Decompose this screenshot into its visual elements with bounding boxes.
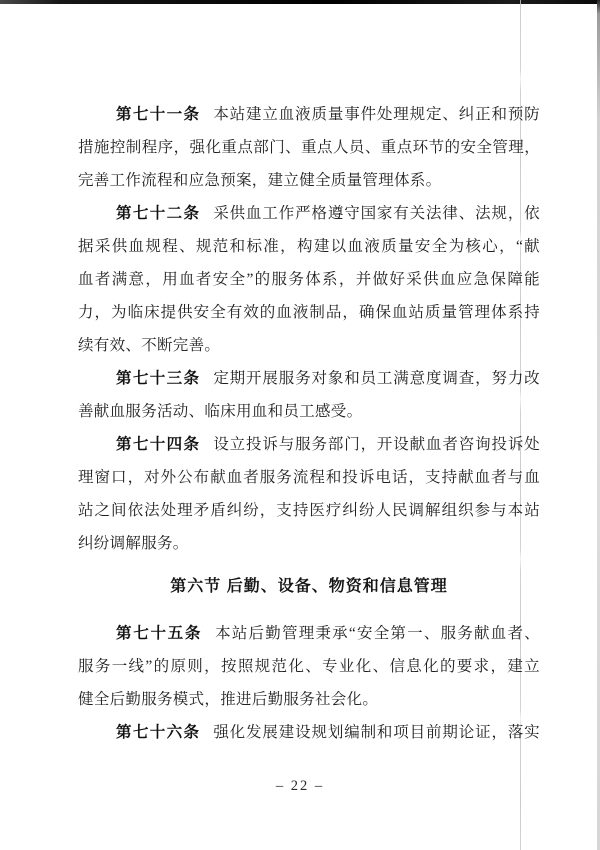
article-line: 第七十二条采供血工作严格遵守国家有关法律、法规，依 <box>78 197 540 230</box>
scan-top-edge-artifact <box>0 0 600 4</box>
article-number: 第七十四条 <box>116 436 200 453</box>
article-line: 第七十四条设立投诉与服务部门，开设献血者咨询投诉处 <box>78 428 540 461</box>
article-line: 完善工作流程和应急预案，建立健全质量管理体系。 <box>78 164 540 197</box>
article-text: 采供血工作严格遵守国家有关法律、法规，依 <box>213 205 540 222</box>
article-line: 第七十一条本站建立血液质量事件处理规定、纠正和预防 <box>78 98 540 131</box>
article-line: 力，为临床提供安全有效的血液制品，确保血站质量管理体系持 <box>78 296 540 329</box>
article-line: 服务一线”的原则，按照规范化、专业化、信息化的要求，建立 <box>78 650 540 683</box>
article-paragraph-75: 第七十五条本站后勤管理秉承“安全第一、服务献血者、 服务一线”的原则，按照规范化… <box>78 617 540 716</box>
article-line: 措施控制程序，强化重点部门、重点人员、重点环节的安全管理， <box>78 131 540 164</box>
article-text: 设立投诉与服务部门，开设献血者咨询投诉处 <box>213 436 540 453</box>
article-number: 第七十三条 <box>116 370 200 387</box>
article-text: 强化发展建设规划编制和项目前期论证，落实 <box>213 724 540 741</box>
article-line: 据采供血规程、规范和标准，构建以血液质量安全为核心，“献 <box>78 230 540 263</box>
article-paragraph-76: 第七十六条强化发展建设规划编制和项目前期论证，落实 <box>78 716 540 749</box>
article-number: 第七十五条 <box>116 625 202 642</box>
article-line: 续有效、不断完善。 <box>78 329 540 362</box>
article-text: 定期开展服务对象和员工满意度调查，努力改 <box>213 370 540 387</box>
article-line: 血者满意，用血者安全”的服务体系，并做好采供血应急保障能 <box>78 263 540 296</box>
article-paragraph-73: 第七十三条定期开展服务对象和员工满意度调查，努力改 善献血服务活动、临床用血和员… <box>78 362 540 428</box>
article-line: 第七十三条定期开展服务对象和员工满意度调查，努力改 <box>78 362 540 395</box>
page-number: – 22 – <box>0 778 600 795</box>
article-number: 第七十一条 <box>116 106 200 123</box>
article-paragraph-72: 第七十二条采供血工作严格遵守国家有关法律、法规，依 据采供血规程、规范和标准，构… <box>78 197 540 362</box>
article-line: 第七十五条本站后勤管理秉承“安全第一、服务献血者、 <box>78 617 540 650</box>
section-heading: 第六节 后勤、设备、物资和信息管理 <box>78 570 540 603</box>
article-text: 本站后勤管理秉承“安全第一、服务献血者、 <box>215 625 540 642</box>
article-line: 善献血服务活动、临床用血和员工感受。 <box>78 395 540 428</box>
article-paragraph-71: 第七十一条本站建立血液质量事件处理规定、纠正和预防 措施控制程序，强化重点部门、… <box>78 98 540 197</box>
article-number: 第七十六条 <box>116 724 200 741</box>
article-line: 站之间依法处理矛盾纠纷，支持医疗纠纷人民调解组织参与本站 <box>78 494 540 527</box>
article-line: 第七十六条强化发展建设规划编制和项目前期论证，落实 <box>78 716 540 749</box>
document-body: 第七十一条本站建立血液质量事件处理规定、纠正和预防 措施控制程序，强化重点部门、… <box>78 98 540 749</box>
article-number: 第七十二条 <box>116 205 200 222</box>
article-line: 健全后勤服务模式，推进后勤服务社会化。 <box>78 683 540 716</box>
article-line: 理窗口，对外公布献血者服务流程和投诉电话，支持献血者与血 <box>78 461 540 494</box>
article-line: 纠纷调解服务。 <box>78 527 540 560</box>
article-paragraph-74: 第七十四条设立投诉与服务部门，开设献血者咨询投诉处 理窗口，对外公布献血者服务流… <box>78 428 540 560</box>
article-text: 本站建立血液质量事件处理规定、纠正和预防 <box>213 106 540 123</box>
